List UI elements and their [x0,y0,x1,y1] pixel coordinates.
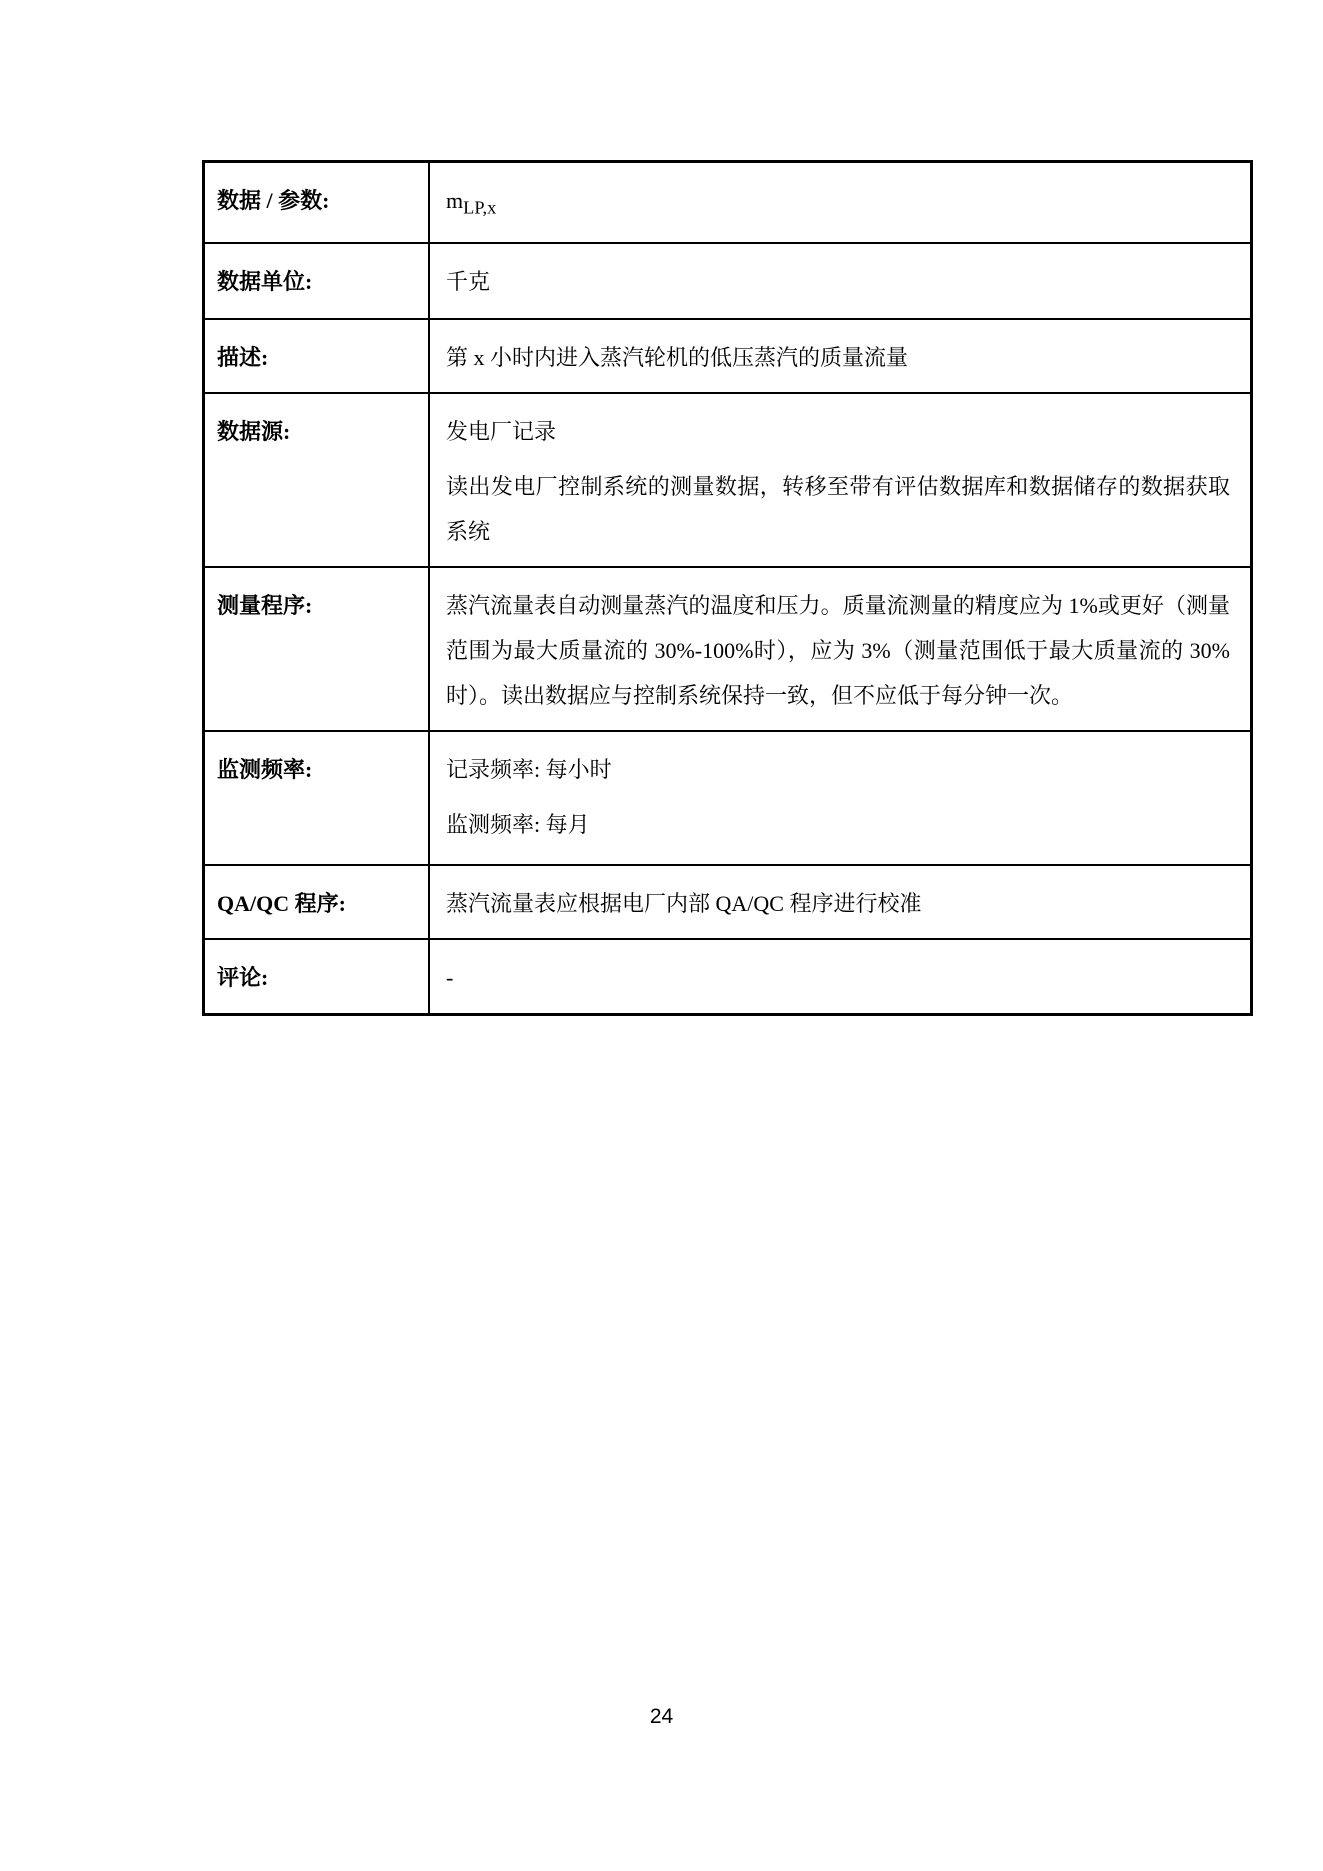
row-label: 监测频率: [205,732,430,864]
value-paragraph: 蒸汽流量表自动测量蒸汽的温度和压力。质量流测量的精度应为 1%或更好（测量范围为… [446,583,1230,718]
row-label: 评论: [205,940,430,1013]
formula-base: m [446,188,463,213]
row-value: - [430,940,1250,1013]
value-paragraph: 千克 [446,259,1230,304]
parameter-formula: mLP,x [446,178,1230,230]
row-label: 测量程序: [205,568,430,730]
value-paragraph: 记录频率: 每小时 [446,747,1230,792]
page-number: 24 [0,1705,1323,1729]
row-value: 记录频率: 每小时 监测频率: 每月 [430,732,1250,864]
value-paragraph: - [446,955,1230,1000]
row-value: 第 x 小时内进入蒸汽轮机的低压蒸汽的质量流量 [430,320,1250,392]
table-row-measurement-procedure: 测量程序: 蒸汽流量表自动测量蒸汽的温度和压力。质量流测量的精度应为 1%或更好… [205,566,1250,730]
value-paragraph: 发电厂记录 [446,409,1230,454]
row-value: mLP,x [430,163,1250,242]
table-row-data-source: 数据源: 发电厂记录 读出发电厂控制系统的测量数据，转移至带有评估数据库和数据储… [205,392,1250,566]
table-row-description: 描述: 第 x 小时内进入蒸汽轮机的低压蒸汽的质量流量 [205,318,1250,392]
row-label: QA/QC 程序: [205,866,430,938]
row-label: 数据源: [205,394,430,566]
parameter-table: 数据 / 参数: mLP,x 数据单位: 千克 描述: 第 x 小时内进入蒸汽轮… [202,160,1253,1016]
table-row-data-unit: 数据单位: 千克 [205,242,1250,318]
formula-subscript: LP,x [463,197,496,217]
row-label: 数据 / 参数: [205,163,430,242]
value-paragraph: 蒸汽流量表应根据电厂内部 QA/QC 程序进行校准 [446,881,1230,926]
document-page: 数据 / 参数: mLP,x 数据单位: 千克 描述: 第 x 小时内进入蒸汽轮… [0,0,1323,1871]
value-paragraph: 第 x 小时内进入蒸汽轮机的低压蒸汽的质量流量 [446,335,1230,380]
row-value: 蒸汽流量表自动测量蒸汽的温度和压力。质量流测量的精度应为 1%或更好（测量范围为… [430,568,1250,730]
row-label: 描述: [205,320,430,392]
row-value: 发电厂记录 读出发电厂控制系统的测量数据，转移至带有评估数据库和数据储存的数据获… [430,394,1250,566]
value-paragraph: 监测频率: 每月 [446,802,1230,847]
value-paragraph: 读出发电厂控制系统的测量数据，转移至带有评估数据库和数据储存的数据获取系统 [446,464,1230,554]
row-value: 蒸汽流量表应根据电厂内部 QA/QC 程序进行校准 [430,866,1250,938]
table-row-parameter: 数据 / 参数: mLP,x [205,163,1250,242]
table-row-monitoring-frequency: 监测频率: 记录频率: 每小时 监测频率: 每月 [205,730,1250,864]
table-row-qaqc-procedure: QA/QC 程序: 蒸汽流量表应根据电厂内部 QA/QC 程序进行校准 [205,864,1250,938]
row-label: 数据单位: [205,244,430,318]
row-value: 千克 [430,244,1250,318]
table-row-comments: 评论: - [205,938,1250,1013]
